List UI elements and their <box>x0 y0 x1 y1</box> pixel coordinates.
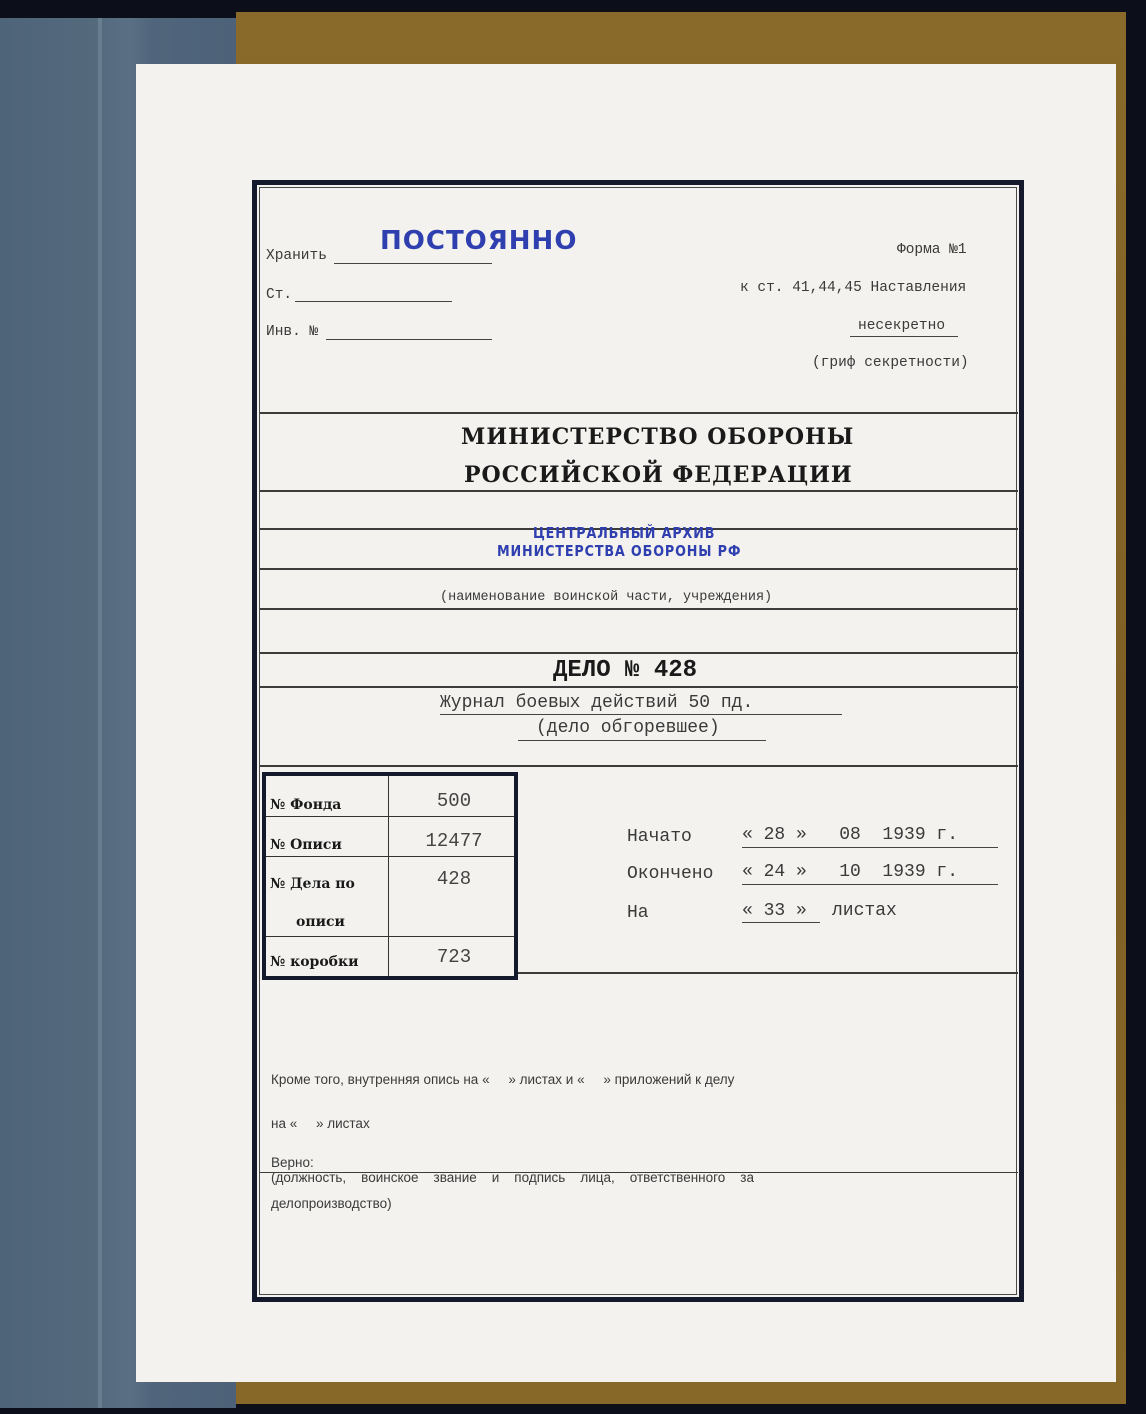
keep-underline <box>334 263 492 264</box>
sheets-suffix: листах <box>832 901 897 921</box>
article-label: Ст. <box>266 287 292 303</box>
started-underline <box>742 847 998 848</box>
articles-reference: к ст. 41,44,45 Наставления <box>740 280 966 296</box>
archive-stamp-line2: МИНИСТЕРСТВА ОБОРОНЫ РФ <box>497 542 741 560</box>
responsible-caption-line1: (должность, воинское звание и подпись ли… <box>271 1170 754 1185</box>
started-label: Начато <box>627 827 692 847</box>
ended-label: Окончено <box>627 864 713 884</box>
sheets-label: На <box>627 903 649 923</box>
sheets-value: « 33 » <box>742 901 807 921</box>
classification-underline <box>850 336 958 337</box>
verified-label: Верно: <box>271 1155 314 1170</box>
table-row: № Описи 12477 <box>266 816 514 857</box>
rule <box>260 652 1018 654</box>
archive-stamp-line1: ЦЕНТРАЛЬНЫЙ АРХИВ <box>533 524 715 542</box>
classification-value: несекретно <box>858 318 945 334</box>
rule <box>260 568 1018 570</box>
case-number-label2: описи <box>296 914 345 930</box>
article-underline <box>295 301 452 302</box>
box-label: № коробки <box>270 954 359 970</box>
case-number-label: № Дела по <box>270 876 355 892</box>
additional-inventory-line2: на « » листах <box>271 1116 370 1131</box>
rule <box>260 765 1018 767</box>
sheets-underline <box>742 922 820 923</box>
case-title: ДЕЛО № 428 <box>553 657 697 684</box>
classification-caption: (гриф секретности) <box>812 355 969 371</box>
spine-fold <box>98 18 102 1408</box>
opis-value: 12477 <box>392 830 516 852</box>
ended-value: « 24 » 10 1939 г. <box>742 862 958 882</box>
inventory-underline <box>326 339 492 340</box>
description-underline <box>440 714 842 715</box>
responsible-caption-line2: делопроизводство) <box>271 1196 392 1211</box>
keep-stamp: ПОСТОЯННО <box>380 226 577 256</box>
rule <box>518 972 1018 974</box>
inventory-label: Инв. № <box>266 324 318 340</box>
ended-underline <box>742 884 998 885</box>
ministry-line1: МИНИСТЕРСТВО ОБОРОНЫ <box>461 424 854 450</box>
archive-index-table: № Фонда 500 № Описи 12477 № Дела по опис… <box>262 772 518 980</box>
rule <box>260 490 1018 492</box>
case-number-value: 428 <box>392 868 516 890</box>
fond-value: 500 <box>392 790 516 812</box>
started-value: « 28 » 08 1939 г. <box>742 825 958 845</box>
ministry-line2: РОССИЙСКОЙ ФЕДЕРАЦИИ <box>464 462 853 488</box>
form-frame <box>252 180 1024 1302</box>
case-note: (дело обгоревшее) <box>536 718 720 738</box>
rule <box>260 412 1018 414</box>
table-row: № Фонда 500 <box>266 776 514 817</box>
table-row: № коробки 723 <box>266 936 514 976</box>
table-row: № Дела по описи 428 <box>266 856 514 937</box>
fond-label: № Фонда <box>270 797 341 813</box>
keep-label: Хранить <box>266 248 327 264</box>
unit-caption: (наименование воинской части, учреждения… <box>440 590 772 605</box>
rule <box>260 686 1018 688</box>
additional-inventory-line1: Кроме того, внутренняя опись на « » лист… <box>271 1072 734 1087</box>
box-value: 723 <box>392 946 516 968</box>
note-underline <box>518 740 766 741</box>
rule <box>260 608 1018 610</box>
form-number: Форма №1 <box>897 242 967 258</box>
opis-label: № Описи <box>270 837 342 853</box>
case-description: Журнал боевых действий 50 пд. <box>440 693 753 713</box>
